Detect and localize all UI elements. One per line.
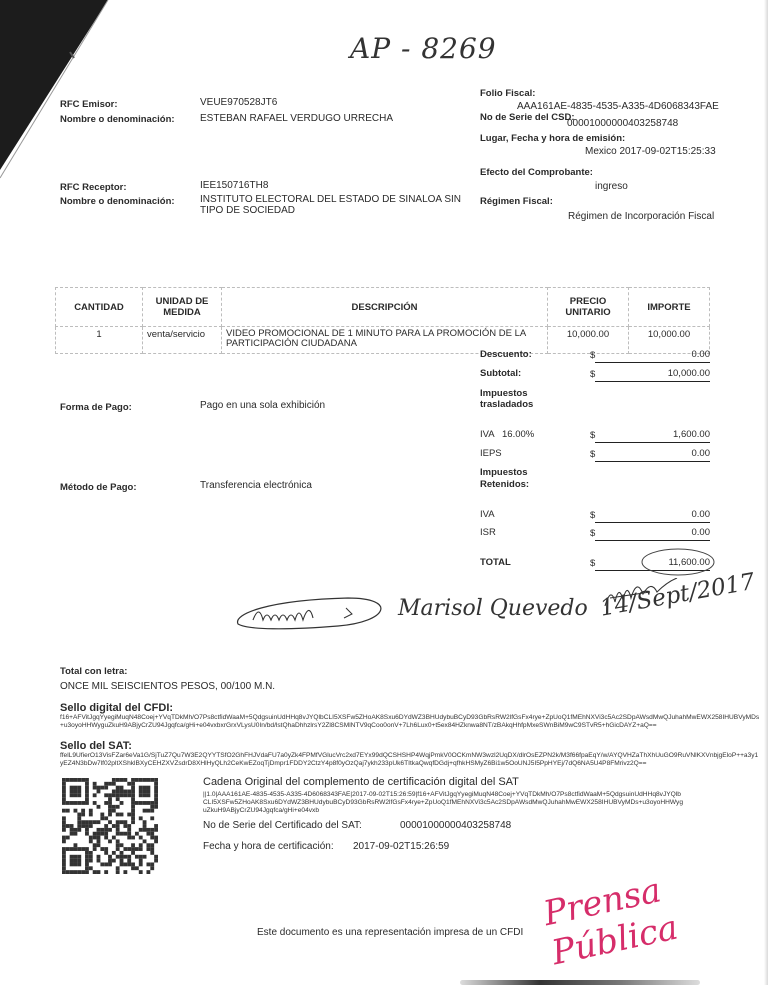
items-table: CANTIDAD UNIDAD DE MEDIDA DESCRIPCIÓN PR… bbox=[55, 287, 710, 354]
trasladados-label-2: trasladados bbox=[480, 399, 533, 410]
descuento-label: Descuento: bbox=[480, 349, 532, 360]
folio-fiscal-value: AAA161AE-4835-4535-A335-4D6068343FAE bbox=[517, 101, 719, 112]
scan-right-edge bbox=[764, 0, 768, 985]
total-letra-value: ONCE MIL SEISCIENTOS PESOS, 00/100 M.N. bbox=[60, 681, 275, 692]
footer-text: Este documento es una representación imp… bbox=[257, 927, 523, 938]
col-unidad-line2: MEDIDA bbox=[163, 307, 200, 318]
trasladados-label-1: Impuestos bbox=[480, 388, 528, 399]
cadena-title: Cadena Original del complemento de certi… bbox=[203, 776, 519, 788]
cadena-value: ||1.0|AAA161AE-4835-4535-A335-4D6068343F… bbox=[203, 791, 683, 815]
fecha-cert-value: 2017-09-02T15:26:59 bbox=[353, 841, 449, 852]
isr-label: ISR bbox=[480, 527, 496, 538]
handwritten-ap-number: AP - 8269 bbox=[350, 32, 497, 65]
ieps-label: IEPS bbox=[480, 448, 502, 459]
qr-code-icon bbox=[62, 778, 158, 874]
cell-descripcion-line2: PARTICIPACIÓN CIUDADANA bbox=[226, 338, 357, 349]
col-unidad: UNIDAD DE MEDIDA bbox=[143, 288, 222, 327]
receptor-name-line1: INSTITUTO ELECTORAL DEL ESTADO DE SINALO… bbox=[200, 194, 461, 205]
isr-row: ISR $ 0.00 bbox=[480, 527, 710, 543]
ret-iva-value: 0.00 bbox=[692, 509, 711, 520]
ieps-value: 0.00 bbox=[692, 448, 711, 459]
ret-iva-label: IVA bbox=[480, 509, 495, 520]
iva-value: 1,600.00 bbox=[673, 429, 710, 440]
col-precio: PRECIO UNITARIO bbox=[548, 288, 629, 327]
currency-sign: $ bbox=[590, 510, 595, 521]
forma-pago-value: Pago en una sola exhibición bbox=[200, 400, 325, 411]
handwritten-stamp-note: Prensa Pública bbox=[540, 848, 768, 974]
efecto-value: ingreso bbox=[595, 181, 628, 192]
descuento-row: Descuento: $ 0.00 bbox=[480, 349, 710, 365]
regimen-value: Régimen de Incorporación Fiscal bbox=[568, 211, 714, 222]
col-importe: IMPORTE bbox=[629, 288, 710, 327]
total-letra-label: Total con letra: bbox=[60, 666, 127, 677]
metodo-pago-value: Transferencia electrónica bbox=[200, 480, 312, 491]
retenidos-label-2: Retenidos: bbox=[480, 479, 529, 490]
ieps-row: IEPS $ 0.00 bbox=[480, 448, 710, 464]
currency-sign: $ bbox=[590, 369, 595, 380]
folio-fiscal-label: Folio Fiscal: bbox=[480, 88, 535, 99]
sello-cfdi-value: f16+AFVitJgqYyegiMuqN48Coej+YVqTDkMh/O7P… bbox=[60, 714, 760, 730]
col-cantidad: CANTIDAD bbox=[56, 288, 143, 327]
fecha-cert-label: Fecha y hora de certificación: bbox=[203, 841, 334, 852]
currency-sign: $ bbox=[590, 449, 595, 460]
emisor-name-label: Nombre o denominación: bbox=[60, 114, 175, 125]
iva-label: IVA 16.00% bbox=[480, 429, 534, 440]
col-descripcion: DESCRIPCIÓN bbox=[222, 288, 548, 327]
lugar-fecha-value: Mexico 2017-09-02T15:25:33 bbox=[585, 146, 716, 157]
csd-label: No de Serie del CSD: bbox=[480, 112, 575, 123]
currency-sign: $ bbox=[590, 350, 595, 361]
cell-cantidad: 1 bbox=[56, 327, 143, 354]
subtotal-row: Subtotal: $ 10,000.00 bbox=[480, 368, 710, 384]
rfc-receptor-value: IEE150716TH8 bbox=[200, 180, 268, 191]
sello-sat-value: ffelL9UfierO13VisFZar6eVa1G/SjTuZ7Qu7W3E… bbox=[60, 752, 760, 768]
subtotal-label: Subtotal: bbox=[480, 368, 521, 379]
iva-row: IVA 16.00% $ 1,600.00 bbox=[480, 429, 710, 445]
col-precio-line2: UNITARIO bbox=[565, 307, 610, 318]
csd-value: 00001000000403258748 bbox=[567, 118, 678, 129]
rfc-emisor-label: RFC Emisor: bbox=[60, 99, 118, 110]
sello-sat-label: Sello del SAT: bbox=[60, 740, 132, 752]
signature-scribble bbox=[228, 592, 398, 637]
regimen-label: Régimen Fiscal: bbox=[480, 196, 553, 207]
currency-sign: $ bbox=[590, 558, 595, 569]
metodo-pago-label: Método de Pago: bbox=[60, 482, 137, 493]
scan-bottom-shadow bbox=[460, 980, 700, 985]
sello-cfdi-label: Sello digital del CFDI: bbox=[60, 702, 173, 714]
ret-iva-row: IVA $ 0.00 bbox=[480, 509, 710, 525]
receptor-name-line2: TIPO DE SOCIEDAD bbox=[200, 205, 295, 216]
rfc-receptor-label: RFC Receptor: bbox=[60, 182, 127, 193]
items-header-row: CANTIDAD UNIDAD DE MEDIDA DESCRIPCIÓN PR… bbox=[56, 288, 710, 327]
isr-value: 0.00 bbox=[692, 527, 711, 538]
total-label: TOTAL bbox=[480, 557, 511, 568]
retenidos-label-1: Impuestos bbox=[480, 467, 528, 478]
cert-sat-value: 00001000000403258748 bbox=[400, 820, 511, 831]
receptor-name-label: Nombre o denominación: bbox=[60, 196, 175, 207]
emisor-name-value: ESTEBAN RAFAEL VERDUGO URRECHA bbox=[200, 113, 393, 124]
descuento-value: 0.00 bbox=[692, 349, 711, 360]
currency-sign: $ bbox=[590, 528, 595, 539]
cell-unidad: venta/servicio bbox=[143, 327, 222, 354]
currency-sign: $ bbox=[590, 430, 595, 441]
cert-sat-label: No de Serie del Certificado del SAT: bbox=[203, 820, 362, 831]
col-unidad-line1: UNIDAD DE bbox=[156, 296, 209, 307]
subtotal-value: 10,000.00 bbox=[668, 368, 710, 379]
handwritten-signer-name: Marisol Quevedo bbox=[398, 596, 588, 621]
lugar-fecha-label: Lugar, Fecha y hora de emisión: bbox=[480, 133, 625, 144]
col-precio-line1: PRECIO bbox=[570, 296, 606, 307]
efecto-label: Efecto del Comprobante: bbox=[480, 167, 593, 178]
rfc-emisor-value: VEUE970528JT6 bbox=[200, 97, 277, 108]
forma-pago-label: Forma de Pago: bbox=[60, 402, 132, 413]
